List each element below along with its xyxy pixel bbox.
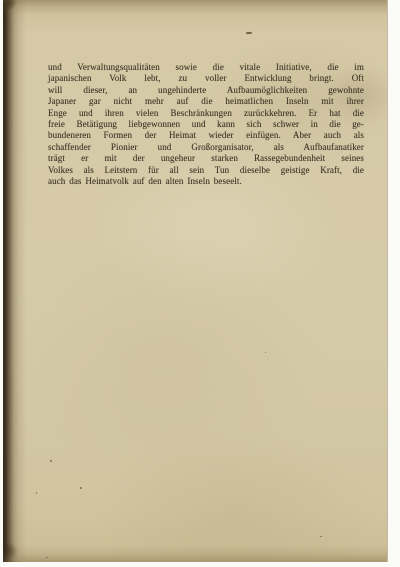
text-line: Japaner gar nicht mehr auf die heimatlic… [48,96,364,107]
text-line: freie Betätigung liebgewonnen und kann s… [48,119,364,130]
paper-speck [265,352,266,353]
text-line: bundeneren Formen der Heimat wieder einf… [48,130,364,141]
text-line: trägt er mit der ungeheur starken Rasseg… [48,153,364,164]
page-top-shadow [3,0,387,16]
paper-speck [46,557,48,558]
paper-speck [36,492,37,494]
text-line: auch das Heimatvolk auf den alten Inseln… [48,176,364,187]
text-line: schaffender Pionier und Großorganisator,… [48,142,364,153]
print-artifact-dash [246,32,252,34]
text-line: Enge und ihren vielen Beschränkungen zur… [48,108,364,119]
page-bottom-shadow [3,544,387,562]
paper-speck [80,487,82,489]
scanned-page-background: und Verwaltungsqualitäten sowie die vita… [0,0,400,567]
paper-speck [50,460,52,462]
paper-speck [320,536,322,537]
body-text-paragraph: und Verwaltungsqualitäten sowie die vita… [48,62,364,187]
text-line: und Verwaltungsqualitäten sowie die vita… [48,62,364,73]
book-page: und Verwaltungsqualitäten sowie die vita… [3,0,387,562]
text-line: will dieser, an ungehinderte Aufbaumögli… [48,85,364,96]
spine-shadow [3,0,27,562]
text-line: Volkes als Leitstern für all sein Tun di… [48,165,364,176]
text-line: japanischen Volk lebt, zu voller Entwick… [48,73,364,84]
